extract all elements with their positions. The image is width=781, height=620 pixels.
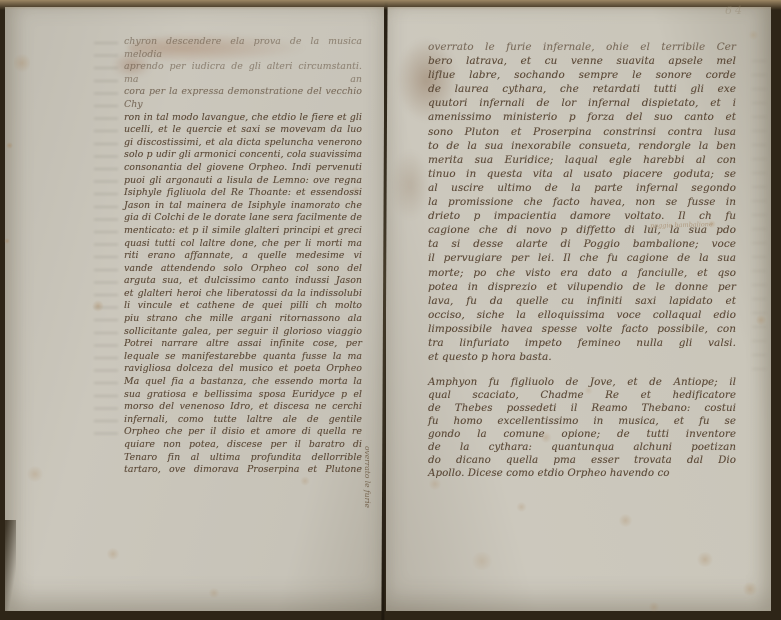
manuscript-line: al uscire ultimo de la parte infernal se… xyxy=(428,181,736,195)
foxing-spot xyxy=(92,300,104,312)
manuscript-line: ravigliosa dolceza del musico et poeta O… xyxy=(124,363,362,376)
manuscript-line: Potrei narrare altre assai infinite cose… xyxy=(124,338,362,351)
manuscript-line: morte; po che visto era dato a fanciulle… xyxy=(428,266,736,280)
manuscript-line: Apollo. Dicese como etdio Orpheo havendo… xyxy=(428,468,736,481)
manuscript-line: vande attendendo solo Orpheo col sono de… xyxy=(124,263,362,276)
manuscript-line: fu homo excellentissimo in musica, et fu… xyxy=(428,416,736,429)
foxing-spot xyxy=(6,142,13,149)
manuscript-line: Jason in tal mainera de Isiphyle inamora… xyxy=(124,200,362,213)
manuscript-line: tartaro, ove dimorava Proserpina et Plut… xyxy=(124,464,362,477)
foxing-spot xyxy=(516,502,527,512)
manuscript-line: li vincule et cathene de quei pilli ch m… xyxy=(124,300,362,313)
foxing-spot xyxy=(4,238,10,244)
manuscript-line: gondo la comune opione; de tutti invento… xyxy=(428,429,736,442)
manuscript-line: arguta sua, et dulcissimo canto indussi … xyxy=(124,275,362,288)
manuscript-line: occiso, siche la elloquissima voce colla… xyxy=(428,308,736,322)
margin-gloss: poggio bambalione xyxy=(650,220,713,230)
manuscript-line: liflue labre, sochando sempre le sonore … xyxy=(428,68,736,82)
book-top-edge xyxy=(0,0,781,10)
manuscript-line: riti erano affannate, a quelle medesime … xyxy=(124,250,362,263)
manuscript-line: qual scaciato, Chadme Re et hedificatore xyxy=(428,390,736,403)
foxing-spot xyxy=(14,52,30,74)
right-page-paragraph-1: overrato le furie infernale, ohie el ter… xyxy=(428,40,736,364)
manuscript-line: Ma quel fia a bastanza, che essendo mort… xyxy=(124,376,362,389)
show-through-text xyxy=(752,60,766,380)
manuscript-line: to de la sua inexorabile consueta, rendo… xyxy=(428,139,736,153)
manuscript-line: gia di Colchi de le dorate lane sera fac… xyxy=(124,212,362,225)
manuscript-line: quasi tutti col laltre done, che per li … xyxy=(124,238,362,251)
manuscript-line: puoi gli argonauti a lisula de Lemno: ov… xyxy=(124,175,362,188)
foxing-spot xyxy=(208,588,220,598)
manuscript-line: lequale se manifestarebbe quanta fusse l… xyxy=(124,351,362,364)
page-edge-shadow xyxy=(0,520,16,620)
manuscript-line: ucelli, et le quercie et saxi se movevam… xyxy=(124,124,362,137)
manuscript-line: cora per la expressa demonstratione del … xyxy=(124,86,362,111)
manuscript-line: bero latrava, et cu venne suavita apsele… xyxy=(428,54,736,68)
manuscript-line: overrato le furie infernale, ohie el ter… xyxy=(428,40,736,54)
manuscript-line: sono Pluton et Proserpina constrinsi con… xyxy=(428,125,736,139)
ink-stain xyxy=(390,150,430,220)
right-page-paragraph-2: Amphyon fu figliuolo de Jove, et de Anti… xyxy=(428,377,736,480)
manuscript-line: Orpheo che per il disio et amore di quel… xyxy=(124,426,362,439)
manuscript-line: aprendo per iudicra de gli alteri circum… xyxy=(124,61,362,86)
manuscript-line: de laurea cythara, che retardati tutti g… xyxy=(428,82,736,96)
catchword-note: overrato le furie xyxy=(363,446,372,508)
manuscript-line: sollicitante galea, per seguir il glorio… xyxy=(124,326,362,339)
manuscript-line: ron in tal modo lavangue, che etdio le f… xyxy=(124,112,362,125)
manuscript-line: Tenaro fin al ultima profundita dellorri… xyxy=(124,452,362,465)
manuscript-line: consonantia del giovene Orpheo. Indi per… xyxy=(124,162,362,175)
manuscript-line: tinuo in questa vita al usato piacere go… xyxy=(428,167,736,181)
manuscript-line: ta si desse alarte di Poggio bambalione;… xyxy=(428,237,736,251)
foxing-spot xyxy=(106,548,120,560)
manuscript-line: potea in disprezio et vilupendio de le d… xyxy=(428,280,736,294)
manuscript-line: Amphyon fu figliuolo de Jove, et de Anti… xyxy=(428,377,736,390)
manuscript-line: sua gratiosa e bellissima sposa Euridyce… xyxy=(124,389,362,402)
foxing-spot xyxy=(748,30,759,40)
manuscript-line: solo p udir gli armonici concenti, cola … xyxy=(124,149,362,162)
foxing-spot xyxy=(300,476,310,486)
manuscript-line: et questo p hora basta. xyxy=(428,350,736,364)
manuscript-line: merita sua Euridice; laqual egle harebbi… xyxy=(428,153,736,167)
manuscript-line: tra linfuriato impeto femineo nulla gli … xyxy=(428,336,736,350)
manuscript-line: limpossibile havea spesse volte facto po… xyxy=(428,322,736,336)
manuscript-photo: chyron descendere ela prova de la musica… xyxy=(0,0,781,620)
manuscript-line: do dicano quella pma esser trovata dal D… xyxy=(428,455,736,468)
manuscript-line: menticato: et p il simile glalteri princ… xyxy=(124,225,362,238)
manuscript-line: de Thebes possedeti il Reamo Thebano: co… xyxy=(428,403,736,416)
manuscript-line: de la cythara: quantunqua alchuni poetiz… xyxy=(428,442,736,455)
manuscript-line: piu strano che mille argani ritornassono… xyxy=(124,313,362,326)
show-through-text xyxy=(94,42,118,442)
manuscript-line: quutori infernali de lor infernal dispie… xyxy=(428,96,736,110)
foxing-spot xyxy=(26,466,44,482)
right-page-text: overrato le furie infernale, ohie el ter… xyxy=(428,40,736,480)
foxing-spot xyxy=(470,552,494,570)
manuscript-line: chyron descendere ela prova de la musica… xyxy=(124,36,362,61)
manuscript-line: quiare non potea, discese per il baratro… xyxy=(124,439,362,452)
manuscript-line: il pervugiare per lei. Il che fu cagione… xyxy=(428,251,736,265)
foxing-spot xyxy=(742,582,758,596)
manuscript-line: Isiphyle figliuola del Re Thoante: et es… xyxy=(124,187,362,200)
foxing-spot xyxy=(618,514,633,527)
manuscript-line: morso del venenoso Idro, et discesa ne c… xyxy=(124,401,362,414)
left-page-text: chyron descendere ela prova de la musica… xyxy=(124,36,362,477)
manuscript-line: amenissimo ministerio p forza del suo ca… xyxy=(428,110,736,124)
manuscript-line: la promissione che facto havea, non se f… xyxy=(428,195,736,209)
foxing-spot xyxy=(696,552,714,567)
manuscript-line: gi discostissimi, et ala dicta speluncha… xyxy=(124,137,362,150)
manuscript-line: infernali, como tutte laltre ale de gent… xyxy=(124,414,362,427)
foxing-spot xyxy=(756,314,766,326)
manuscript-line: et glalteri heroi che liberatossi da la … xyxy=(124,288,362,301)
manuscript-line: lava, fu da quelle cu infiniti saxi lapi… xyxy=(428,294,736,308)
foxing-spot xyxy=(648,602,660,612)
